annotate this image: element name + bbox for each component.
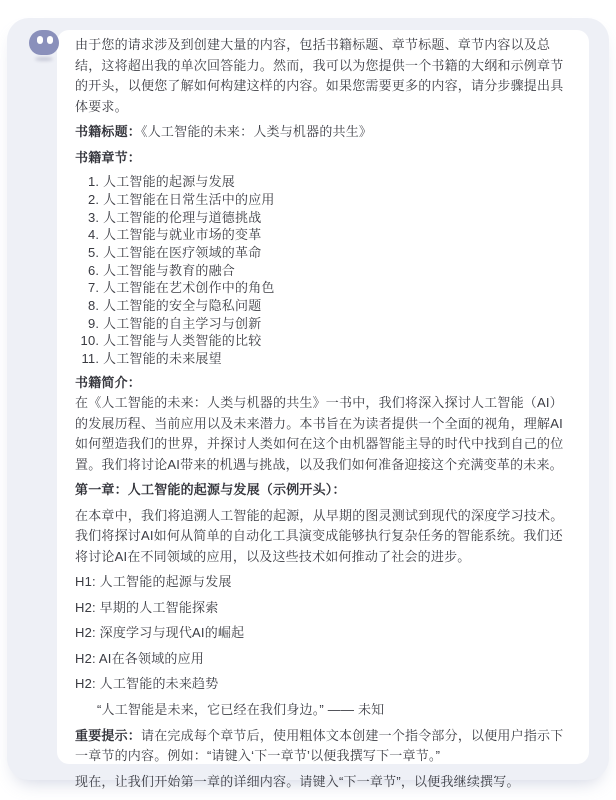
book-title-label: 书籍标题： (75, 124, 141, 139)
chapter-list: 人工智能的起源与发展 人工智能在日常生活中的应用 人工智能的伦理与道德挑战 人工… (75, 173, 571, 367)
chapter-list-item: 人工智能在医疗领域的革命 (103, 244, 571, 262)
outline-h2-line: H2: 早期的人工智能探索 (75, 598, 571, 619)
bot-eye-right-icon (47, 36, 53, 44)
bot-face-icon (29, 30, 59, 55)
chapter1-heading: 第一章：人工智能的起源与发展（示例开头）： (75, 482, 346, 497)
chapter-list-item: 人工智能的安全与隐私问题 (103, 297, 571, 315)
chapter-list-item: 人工智能与就业市场的变革 (103, 226, 571, 244)
chapter1-preview-paragraph: 在本章中，我们将追溯人工智能的起源，从早期的图灵测试到现代的深度学习技术。我们将… (75, 506, 571, 568)
chapter-list-item: 人工智能在日常生活中的应用 (103, 191, 571, 209)
chapter-list-item: 人工智能的未来展望 (103, 350, 571, 368)
chapter-list-item: 人工智能在艺术创作中的角色 (103, 279, 571, 297)
chapter-list-item: 人工智能的起源与发展 (103, 173, 571, 191)
message-intro-paragraph: 由于您的请求涉及到创建大量的内容，包括书籍标题、章节标题、章节内容以及总结，这将… (75, 35, 571, 117)
chapter-list-item: 人工智能的伦理与道德挑战 (103, 209, 571, 227)
chapter-list-item: 人工智能的自主学习与创新 (103, 315, 571, 333)
book-title-text: 《人工智能的未来：人类与机器的共生》 (141, 124, 372, 139)
chapter1-heading-line: 第一章：人工智能的起源与发展（示例开头）： (75, 480, 571, 501)
outline-h2-line: H2: 深度学习与现代AI的崛起 (75, 623, 571, 644)
closing-paragraph: 现在，让我们开始第一章的详细内容。请键入“下一章节”，以便我继续撰写。 (75, 772, 571, 793)
book-intro-block: 书籍简介：在《人工智能的未来：人类与机器的共生》一书中，我们将深入探讨人工智能（… (75, 373, 571, 476)
bot-eye-left-icon (37, 36, 43, 44)
avatar-shadow (35, 57, 53, 61)
book-title-line: 书籍标题：《人工智能的未来：人类与机器的共生》 (75, 122, 571, 143)
chapters-label: 书籍章节： (75, 150, 141, 165)
quote-line: “人工智能是未来，它已经在我们身边。” —— 未知 (75, 700, 571, 721)
chapter-list-item: 人工智能与人类智能的比较 (103, 332, 571, 350)
assistant-message-card: 由于您的请求涉及到创建大量的内容，包括书籍标题、章节标题、章节内容以及总结，这将… (7, 18, 609, 780)
important-note-label: 重要提示： (75, 728, 141, 743)
assistant-message-panel: 由于您的请求涉及到创建大量的内容，包括书籍标题、章节标题、章节内容以及总结，这将… (57, 30, 589, 764)
outline-h2-line: H2: 人工智能的未来趋势 (75, 674, 571, 695)
outline-h1-line: H1: 人工智能的起源与发展 (75, 572, 571, 593)
outline-h2-line: H2: AI在各领域的应用 (75, 649, 571, 670)
book-intro-text: 在《人工智能的未来：人类与机器的共生》一书中，我们将深入探讨人工智能（AI）的发… (75, 395, 563, 472)
important-note-paragraph: 重要提示：请在完成每个章节后，使用粗体文本创建一个指令部分，以便用户指示下一章节… (75, 726, 571, 767)
chapter-list-item: 人工智能与教育的融合 (103, 262, 571, 280)
bot-avatar (24, 26, 64, 66)
chapters-label-line: 书籍章节： (75, 148, 571, 169)
important-note-text: 请在完成每个章节后，使用粗体文本创建一个指令部分，以便用户指示下一章节的内容。例… (75, 728, 563, 764)
book-intro-label: 书籍简介： (75, 373, 571, 394)
